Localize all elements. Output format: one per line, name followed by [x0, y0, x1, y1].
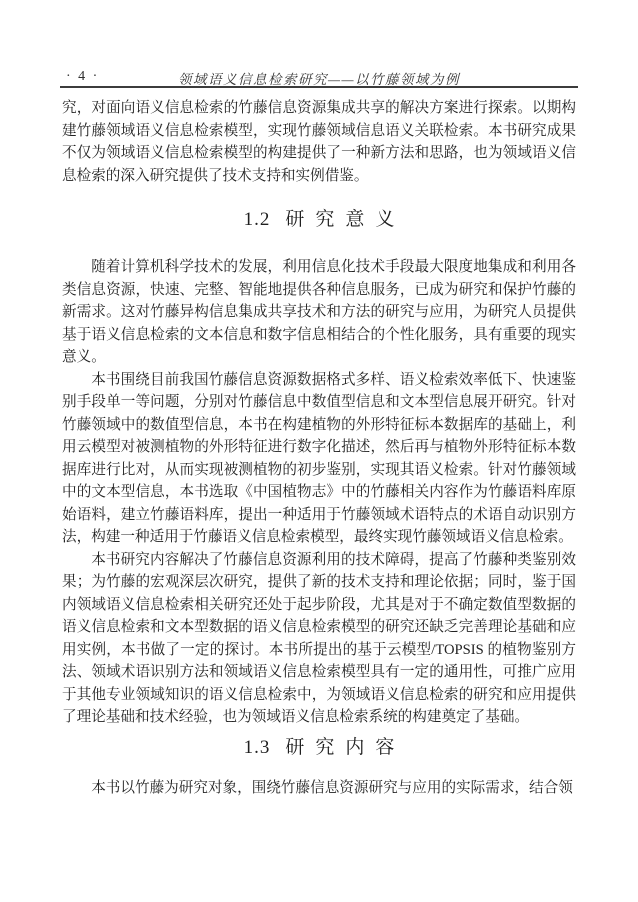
section-heading-1-3: 1.3研究内容	[62, 735, 576, 761]
section-1-3-title: 研究内容	[285, 737, 405, 758]
section-1-2-paragraph-3: 本书研究内容解决了竹藤信息资源利用的技术障碍，提高了竹藤种类鉴别效果；为竹藤的宏…	[62, 549, 576, 729]
page-body: 究，对面向语义信息检索的竹藤信息资源集成共享的解决方案进行探索。以期构建竹藤领域…	[62, 97, 576, 799]
section-1-2-number: 1.2	[244, 209, 271, 230]
section-1-3-paragraph-1: 本书以竹藤为研究对象，围绕竹藤信息资源研究与应用的实际需求，结合领	[62, 777, 576, 800]
header-divider	[60, 86, 578, 88]
section-1-2-title: 研究意义	[285, 209, 405, 230]
page-header: · 4 · 领域语义信息检索研究——以竹藤领域为例	[62, 68, 576, 86]
book-page: · 4 · 领域语义信息检索研究——以竹藤领域为例 究，对面向语义信息检索的竹藤…	[0, 0, 638, 902]
section-1-2-paragraph-1: 随着计算机科学技术的发展，利用信息化技术手段最大限度地集成和利用各类信息资源，快…	[62, 256, 576, 369]
section-heading-1-2: 1.2研究意义	[62, 207, 576, 233]
section-1-3-number: 1.3	[244, 737, 271, 758]
paragraph-continuation: 究，对面向语义信息检索的竹藤信息资源集成共享的解决方案进行探索。以期构建竹藤领域…	[62, 97, 576, 187]
section-1-2-paragraph-2: 本书围绕目前我国竹藤信息资源数据格式多样、语义检索效率低下、快速鉴别手段单一等问…	[62, 369, 576, 549]
running-title: 领域语义信息检索研究——以竹藤领域为例	[62, 68, 576, 88]
